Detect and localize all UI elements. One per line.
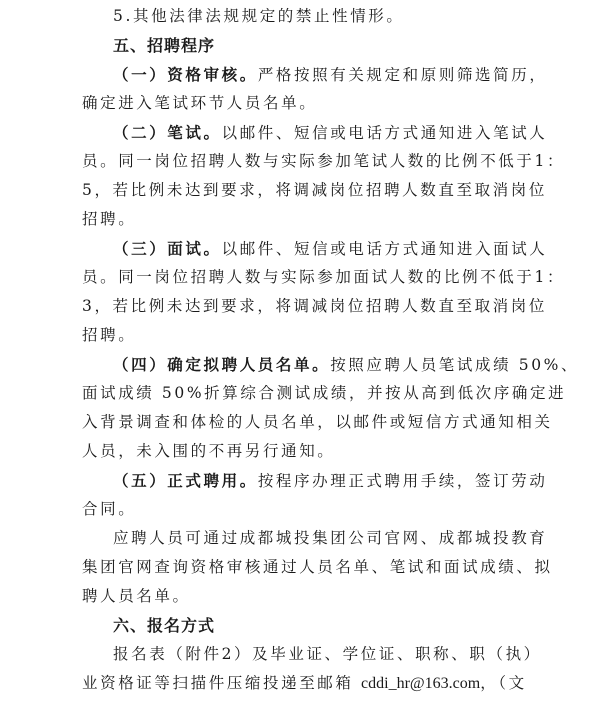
step-5-text: 按程序办理正式聘用手续，签订劳动 [258, 472, 548, 490]
step-1-label: （一）资格审核。 [113, 65, 258, 84]
section-6-line2: 业资格证等扫描件压缩投递至邮箱 cddi_hr@163.com，（文 [82, 669, 506, 698]
section-6-line2-suffix: ，（文 [480, 674, 527, 692]
step-5-label: （五）正式聘用。 [113, 471, 258, 490]
step-4-text-line2: 面试成绩 50%折算综合测试成绩，并按从高到低次序确定进 [82, 379, 506, 408]
step-3-text-line3: 3，若比例未达到要求，将调减岗位招聘人数直至取消岗位 [82, 292, 506, 321]
step-1-paragraph: （一）资格审核。严格按照有关规定和原则筛选简历， [82, 60, 506, 89]
step-5-paragraph: （五）正式聘用。按程序办理正式聘用手续，签订劳动 [82, 466, 506, 495]
step-2-text: 以邮件、短信或电话方式通知进入笔试人 [222, 124, 548, 142]
step-2-text-line3: 5，若比例未达到要求，将调减岗位招聘人数直至取消岗位 [82, 176, 506, 205]
notice-paragraph: 应聘人员可通过成都城投集团公司官网、成都城投教育 [82, 524, 506, 553]
step-2-label: （二）笔试。 [113, 123, 222, 142]
step-1-text-cont: 确定进入笔试环节人员名单。 [82, 89, 506, 118]
step-1-text: 严格按照有关规定和原则筛选简历， [258, 66, 548, 84]
step-5-text-line2: 合同。 [82, 495, 506, 524]
step-4-text: 按照应聘人员笔试成绩 50%、 [330, 356, 579, 374]
step-2-paragraph: （二）笔试。以邮件、短信或电话方式通知进入笔试人 [82, 118, 506, 147]
step-4-text-line4: 人员，未入围的不再另行通知。 [82, 437, 506, 466]
step-3-label: （三）面试。 [113, 239, 222, 258]
section-6-paragraph: 报名表（附件2）及毕业证、学位证、职称、职（执） [82, 640, 506, 669]
step-3-text-line4: 招聘。 [82, 321, 506, 350]
document-page: 5.其他法律法规规定的禁止性情形。 五、招聘程序 （一）资格审核。严格按照有关规… [82, 2, 506, 698]
section-6-line2-prefix: 业资格证等扫描件压缩投递至邮箱 [82, 674, 361, 692]
step-4-text-line3: 入背景调查和体检的人员名单，以邮件或短信方式通知相关 [82, 408, 506, 437]
step-4-paragraph: （四）确定拟聘人员名单。按照应聘人员笔试成绩 50%、 [82, 350, 506, 379]
step-3-text-line2: 员。同一岗位招聘人数与实际参加面试人数的比例不低于1： [82, 263, 506, 292]
item-5-text: 5.其他法律法规规定的禁止性情形。 [82, 2, 506, 31]
step-3-text: 以邮件、短信或电话方式通知进入面试人 [222, 240, 548, 258]
step-2-text-line2: 员。同一岗位招聘人数与实际参加笔试人数的比例不低于1： [82, 147, 506, 176]
step-2-text-line4: 招聘。 [82, 205, 506, 234]
section-6-heading: 六、报名方式 [82, 611, 506, 640]
step-3-paragraph: （三）面试。以邮件、短信或电话方式通知进入面试人 [82, 234, 506, 263]
notice-line2: 集团官网查询资格审核通过人员名单、笔试和面试成绩、拟 [82, 553, 506, 582]
notice-line3: 聘人员名单。 [82, 582, 506, 611]
section-5-heading: 五、招聘程序 [82, 31, 506, 60]
step-4-label: （四）确定拟聘人员名单。 [113, 355, 330, 374]
email-address[interactable]: cddi_hr@163.com [361, 675, 480, 692]
